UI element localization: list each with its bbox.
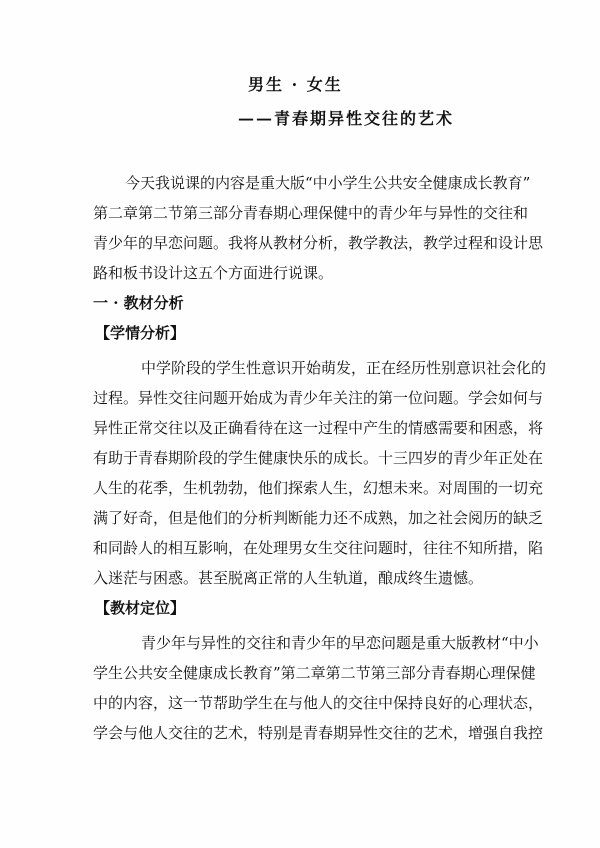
- subsection-label: 【学情分析】: [93, 318, 513, 353]
- intro-line: 今天我说课的内容是重大版“中小学生公共安全健康成长教育”: [93, 168, 513, 198]
- paragraph-line: 过程。异性交往问题开始成为青少年关注的第一位问题。学会如何与: [93, 383, 513, 413]
- paragraph-line: 青少年与异性的交往和青少年的早恋问题是重大版教材“中小: [93, 628, 513, 658]
- section-heading: 一 · 教材分析: [93, 288, 513, 318]
- paragraph-line: 人生的花季，生机勃勃，他们探索人生，幻想未来。对周围的一切充: [93, 473, 513, 503]
- paragraph-line: 学会与他人交往的艺术，特别是青春期异性交往的艺术，增强自我控: [93, 718, 513, 748]
- document-body: 今天我说课的内容是重大版“中小学生公共安全健康成长教育” 第二章第二节第三部分青…: [93, 168, 513, 748]
- paragraph-line: 有助于青春期阶段的学生健康快乐的成长。十三四岁的青少年正处在: [93, 443, 513, 473]
- paragraph-line: 和同龄人的相互影响，在处理男女生交往问题时，往往不知所措，陷: [93, 533, 513, 563]
- paragraph-line: 入迷茫与困惑。甚至脱离正常的人生轨道，酿成终生遗憾。: [93, 563, 513, 593]
- paragraph-line: 异性正常交往以及正确看待在这一过程中产生的情感需要和困惑，将: [93, 413, 513, 443]
- document-page: 男生 · 女生 ——青春期异性交往的艺术 今天我说课的内容是重大版“中小学生公共…: [0, 0, 600, 848]
- document-title: 男生 · 女生: [248, 72, 343, 95]
- paragraph-line: 学生公共安全健康成长教育”第二章第二节第三部分青春期心理保健: [93, 658, 513, 688]
- intro-line: 青少年的早恋问题。我将从教材分析，教学教法，教学过程和设计思: [93, 228, 513, 258]
- intro-line: 第二章第二节第三部分青春期心理保健中的青少年与异性的交往和: [93, 198, 513, 228]
- paragraph-line: 满了好奇，但是他们的分析判断能力还不成熟，加之社会阅历的缺乏: [93, 503, 513, 533]
- subsection-label: 【教材定位】: [93, 593, 513, 628]
- paragraph-line: 中学阶段的学生性意识开始萌发，正在经历性别意识社会化的: [93, 353, 513, 383]
- document-subtitle: ——青春期异性交往的艺术: [238, 106, 454, 129]
- intro-line: 路和板书设计这五个方面进行说课。: [93, 258, 513, 288]
- paragraph-line: 中的内容，这一节帮助学生在与他人的交往中保持良好的心理状态，: [93, 688, 513, 718]
